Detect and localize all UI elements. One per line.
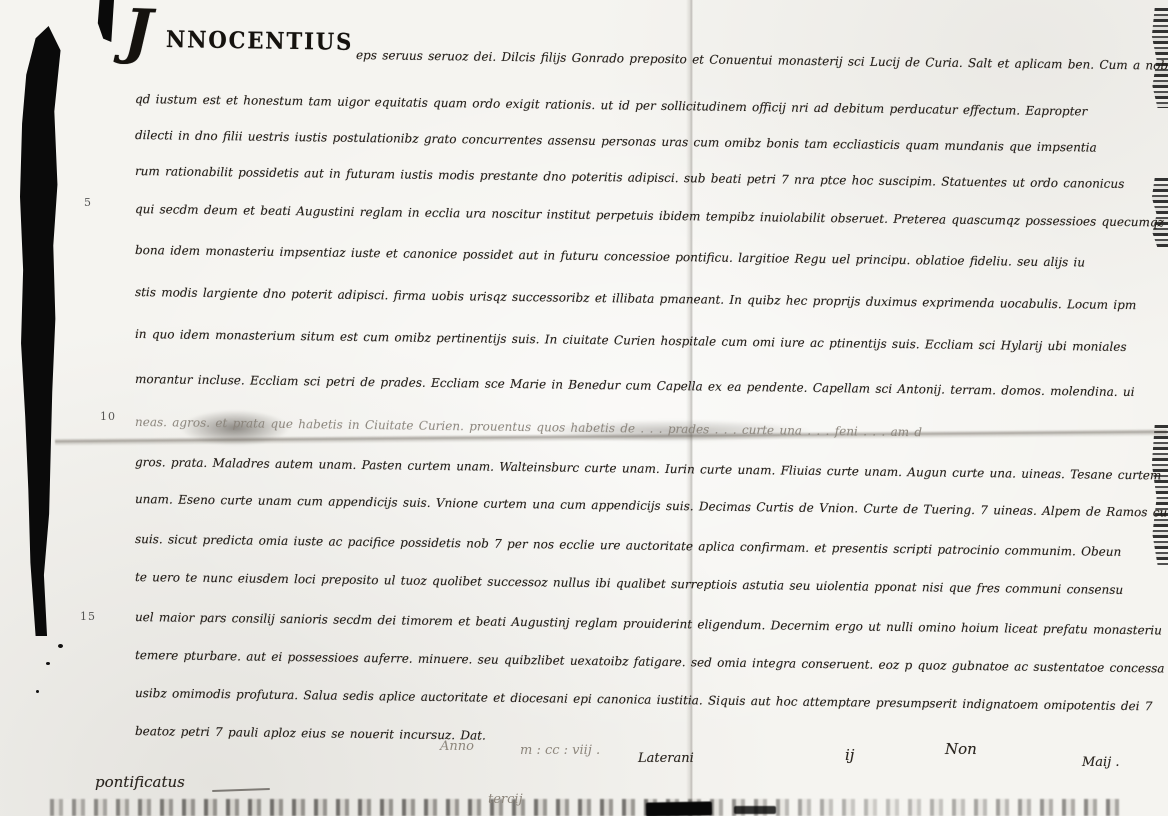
margin-line-number-5: 5 — [84, 196, 92, 209]
manuscript-line-7: stis modis largiente dno poterit adipisc… — [135, 285, 1165, 313]
bottom-ink-blob — [646, 801, 712, 816]
bottom-ink-blob — [734, 806, 776, 814]
margin-line-number-10: 10 — [100, 410, 116, 423]
manuscript-line-13: suis. sicut predicta omia iuste ac pacif… — [135, 532, 1165, 560]
dateline-place: Laterani — [638, 752, 694, 765]
margin-line-number-15: 15 — [80, 610, 96, 623]
manuscript-line-1: eps seruus seruoz dei. Dilcis filijs Gon… — [356, 48, 1156, 73]
dateline-nones: Non — [945, 742, 977, 757]
manuscript-line-18: beatoz petri 7 pauli aploz eius se nouer… — [135, 724, 1165, 752]
decorated-initial-name: NNOCENTIUS — [166, 28, 353, 54]
dateline-pontificatus: pontificatus — [95, 775, 185, 790]
manuscript-line-4: rum rationabilit possidetis aut in futur… — [135, 164, 1165, 192]
scan-ink-speckle — [58, 644, 63, 648]
manuscript-line-17: usibz omimodis profutura. Salua sedis ap… — [135, 686, 1165, 714]
manuscript-line-15: uel maior pars consilij sanioris secdm d… — [135, 610, 1165, 638]
manuscript-line-12: unam. Eseno curte unam cum appendicijs s… — [135, 492, 1165, 520]
scan-edge-right-speckle — [1149, 425, 1168, 565]
scan-ink-speckle — [36, 690, 39, 693]
manuscript-line-3: dilecti in dno filii uestris iustis post… — [135, 128, 1165, 156]
manuscript-line-6: bona idem monasteriu impsentiaz iuste et… — [135, 243, 1165, 271]
dateline-year: m : cc : viij . — [520, 744, 600, 757]
dateline-anno: Anno — [440, 740, 474, 753]
pontificatus-flourish — [212, 788, 270, 792]
scan-ink-speckle — [46, 662, 50, 665]
manuscript-line-14: te uero te nunc eiusdem loci preposito u… — [135, 570, 1165, 598]
dateline-month: Maij . — [1082, 756, 1120, 769]
bottom-scan-smudge — [50, 799, 1120, 816]
manuscript-line-5: qui secdm deum et beati Augustini reglam… — [135, 202, 1165, 230]
manuscript-scan: { "margin_numbers": ["5", "10", "15"], "… — [0, 0, 1168, 816]
scan-edge-left-band — [20, 26, 72, 636]
manuscript-line-11: gros. prata. Maladres autem unam. Pasten… — [135, 455, 1165, 483]
scan-edge-top-sliver — [96, 0, 114, 42]
dateline-regnal-year: tercij — [488, 793, 523, 806]
manuscript-line-8: in quo idem monasterium situm est cum om… — [135, 327, 1165, 355]
manuscript-line-2: qd iustum est et honestum tam uigor equi… — [135, 92, 1165, 120]
manuscript-line-10-damaged: neas. agros. et prata que habetis in Ciu… — [135, 415, 1165, 443]
dateline-day: ij — [845, 748, 854, 763]
manuscript-line-16: temere pturbare. aut ei possessioes aufe… — [135, 648, 1165, 676]
decorated-initial-letter: J — [123, 2, 153, 63]
manuscript-line-9: morantur incluse. Eccliam sci petri de p… — [135, 372, 1165, 400]
